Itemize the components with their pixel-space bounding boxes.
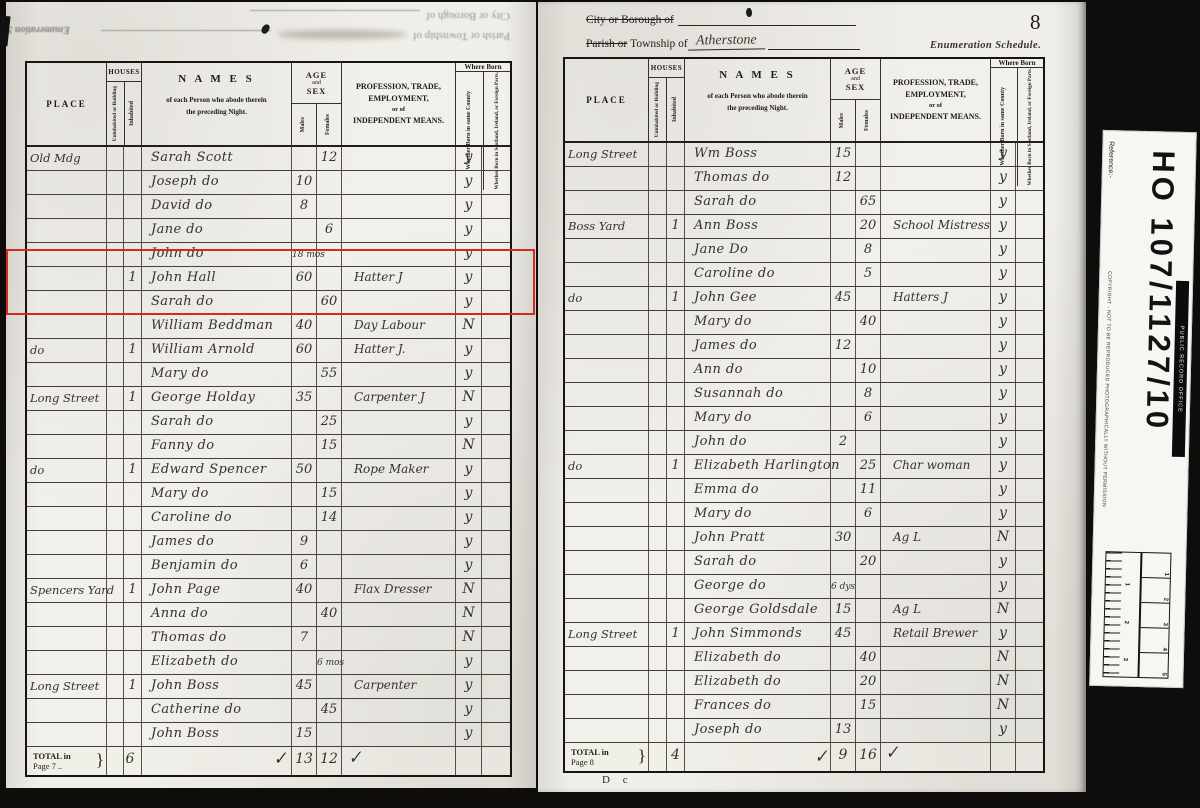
census-page-right: City or Borough of Parish or Township of…: [538, 2, 1086, 792]
cell-inhabited: [667, 575, 685, 598]
cell-inhabited: [667, 671, 685, 694]
cell-place: [27, 435, 107, 458]
cell-born-county: y: [456, 363, 482, 386]
cell-profession: [881, 311, 991, 334]
cell-age-male: [292, 411, 317, 434]
cell-born-elsewhere: [482, 315, 510, 338]
cell-name: Mary do: [685, 503, 831, 526]
cell-age-female: 65: [856, 191, 881, 214]
cell-born-elsewhere: [482, 603, 510, 626]
cell-age-male: 15: [831, 143, 856, 166]
cell-born-elsewhere: [1016, 719, 1043, 742]
age-subcolumns: Males Females: [292, 104, 341, 145]
cell-age-male: 35: [292, 387, 317, 410]
cell-name: George Holday: [142, 387, 292, 410]
cell-place: [565, 551, 649, 574]
cell-born-elsewhere: [482, 723, 510, 746]
cell-age-male: 45: [292, 675, 317, 698]
cell-place: [565, 671, 649, 694]
cell-age-female: 40: [317, 603, 342, 626]
cell-profession: [881, 551, 991, 574]
cell-age-female: [317, 723, 342, 746]
cell-born-county: y: [991, 407, 1016, 430]
cell-age-male: 10: [292, 171, 317, 194]
cell-name: John Boss: [142, 675, 292, 698]
cell-age-male: 6: [292, 555, 317, 578]
cell-inhabited: [124, 555, 142, 578]
cell-uninhabited: [649, 647, 667, 670]
cell-inhabited: [667, 479, 685, 502]
cell-inhabited: [667, 719, 685, 742]
cell-inhabited: [124, 699, 142, 722]
cell-name: Frances do: [685, 695, 831, 718]
cell-place: [565, 383, 649, 406]
census-row: Catherine do 45 y: [27, 699, 510, 723]
cell-profession: Ag L: [881, 527, 991, 550]
cell-profession: [342, 627, 456, 650]
cell-born-county: y: [991, 455, 1016, 478]
cell-place: do: [27, 459, 107, 482]
cell-born-elsewhere: [482, 435, 510, 458]
houses-subcolumns: Uninhabited or Building Inhabited: [107, 82, 141, 145]
cell-born-county: N: [991, 671, 1016, 694]
ghost-underline: [250, 10, 420, 11]
cell-age-female: [317, 315, 342, 338]
cell-name: Ann Boss: [685, 215, 831, 238]
cell-name: Ann do: [685, 359, 831, 382]
cell-name: Sarah do: [685, 551, 831, 574]
cell-name: Emma do: [685, 479, 831, 502]
cell-place: [565, 359, 649, 382]
inhabited-header-label: Inhabited: [129, 101, 137, 126]
cell-inhabited: 1: [667, 287, 685, 310]
cell-place: [27, 651, 107, 674]
cell-age-male: [292, 363, 317, 386]
census-row: Susannah do 8 y: [565, 383, 1043, 407]
prof-line1: PROFESSION, TRADE,: [893, 77, 978, 89]
cell-age-female: [856, 719, 881, 742]
uninhabited-header-label: Uninhabited or Building: [654, 82, 661, 137]
cell-profession: [342, 723, 456, 746]
houses-header-label: HOUSES: [107, 63, 141, 82]
left-rows: Old Mdg Sarah Scott 12 y Joseph do 10 y …: [27, 147, 510, 747]
highlight-rectangle: [6, 249, 535, 315]
cell-age-male: 9: [292, 531, 317, 554]
total-born2: [1016, 743, 1043, 771]
cell-born-county: y: [991, 479, 1016, 502]
cell-place: [27, 411, 107, 434]
age-sex-label: AGE and SEX: [831, 59, 880, 100]
cell-name: John do: [685, 431, 831, 454]
cell-profession: Hatter J.: [342, 339, 456, 362]
cell-name: Caroline do: [142, 507, 292, 530]
cell-place: [27, 531, 107, 554]
cell-profession: [881, 503, 991, 526]
census-row: Mary do 15 y: [27, 483, 510, 507]
census-row: Emma do 11 y: [565, 479, 1043, 503]
cell-born-county: N: [456, 387, 482, 410]
cell-born-elsewhere: [1016, 167, 1043, 190]
cell-born-elsewhere: [482, 459, 510, 482]
cell-name: Sarah do: [142, 411, 292, 434]
cell-age-female: 11: [856, 479, 881, 502]
ruler-cm-scale: 1 2 3: [1103, 552, 1142, 677]
cell-born-elsewhere: [482, 651, 510, 674]
cell-born-elsewhere: [482, 579, 510, 602]
names-header: N A M E S of each Person who abode there…: [142, 63, 291, 145]
cell-age-male: 2: [831, 431, 856, 454]
cell-uninhabited: [649, 455, 667, 478]
cell-age-female: [856, 167, 881, 190]
cell-name: Catherine do: [142, 699, 292, 722]
cell-inhabited: [124, 363, 142, 386]
cell-born-elsewhere: [482, 507, 510, 530]
ruler-inch-cell: 4: [1140, 628, 1169, 654]
cell-uninhabited: [107, 627, 124, 650]
sex-word: SEX: [846, 82, 866, 92]
total-prof-cell: ✓: [881, 743, 991, 771]
total-label: TOTAL in Page 8 }: [565, 743, 649, 771]
cell-place: do: [565, 455, 649, 478]
cell-born-county: N: [991, 527, 1016, 550]
census-row: Jane do 6 y: [27, 219, 510, 243]
cell-age-female: 20: [856, 671, 881, 694]
cell-age-male: [831, 239, 856, 262]
census-row: Fanny do 15 N: [27, 435, 510, 459]
cell-profession: [881, 335, 991, 358]
ghost-parish-line: Parish or Township of: [24, 30, 510, 50]
cell-uninhabited: [649, 527, 667, 550]
cell-born-elsewhere: [1016, 263, 1043, 286]
parish-underline: [768, 49, 860, 50]
cell-age-female: [317, 459, 342, 482]
total-females: 16: [856, 743, 881, 771]
census-table-right: PLACE HOUSES Uninhabited or Building Inh…: [563, 57, 1045, 773]
cell-born-county: y: [991, 359, 1016, 382]
cell-profession: [342, 219, 456, 242]
cell-profession: [881, 407, 991, 430]
census-row: Mary do 6 y: [565, 407, 1043, 431]
cell-born-county: y: [456, 675, 482, 698]
names-header: N A M E S of each Person who abode there…: [685, 59, 830, 141]
census-row: Joseph do 13 y: [565, 719, 1043, 743]
census-row: Long Street Wm Boss 15 y: [565, 143, 1043, 167]
cell-name: James do: [142, 531, 292, 554]
cell-name: Sarah do: [685, 191, 831, 214]
total-males: 9: [831, 743, 856, 771]
cell-name: William Arnold: [142, 339, 292, 362]
cell-place: [565, 503, 649, 526]
cell-age-female: [317, 675, 342, 698]
cell-inhabited: [124, 507, 142, 530]
table-header: PLACE HOUSES Uninhabited or Building Inh…: [565, 59, 1043, 143]
cell-name: Edward Spencer: [142, 459, 292, 482]
cell-born-elsewhere: [482, 147, 510, 170]
ruler-inch-number: 3: [1162, 622, 1168, 625]
cell-place: [565, 167, 649, 190]
cell-born-county: N: [456, 603, 482, 626]
parish-value-handwriting: Atherstone: [688, 32, 765, 50]
cell-uninhabited: [107, 435, 124, 458]
cell-age-female: 15: [856, 695, 881, 718]
cell-age-female: 20: [856, 551, 881, 574]
cell-name: John Boss: [142, 723, 292, 746]
ruler-inch-cell: 3: [1141, 603, 1170, 629]
cell-place: do: [27, 339, 107, 362]
ghost-city-label: City or Borough of: [426, 10, 510, 22]
cell-born-county: y: [991, 551, 1016, 574]
cell-age-female: 25: [317, 411, 342, 434]
cell-inhabited: [667, 311, 685, 334]
header-houses: HOUSES Uninhabited or Building Inhabited: [107, 63, 142, 145]
census-row: Mary do 6 y: [565, 503, 1043, 527]
cell-place: [565, 599, 649, 622]
cell-born-elsewhere: [1016, 695, 1043, 718]
cell-inhabited: [667, 599, 685, 622]
census-row: Caroline do 5 y: [565, 263, 1043, 287]
cell-place: Boss Yard: [565, 215, 649, 238]
cell-profession: [342, 699, 456, 722]
census-row: Boss Yard 1 Ann Boss 20 School Mistress …: [565, 215, 1043, 239]
ghost-parish-label: Parish or Township of: [413, 30, 510, 42]
cell-name: Fanny do: [142, 435, 292, 458]
header-names: N A M E S of each Person who abode there…: [685, 59, 831, 141]
cell-place: Long Street: [565, 623, 649, 646]
cell-uninhabited: [107, 603, 124, 626]
cell-born-elsewhere: [482, 171, 510, 194]
age-word: AGE: [845, 66, 866, 76]
total-born1: [456, 747, 482, 775]
names-sub1: of each Person who abode therein: [707, 92, 807, 100]
cell-uninhabited: [649, 263, 667, 286]
cell-profession: Rope Maker: [342, 459, 456, 482]
cell-inhabited: [124, 195, 142, 218]
cell-inhabited: [667, 407, 685, 430]
names-title: N A M E S: [719, 69, 796, 81]
total-check: ✓: [347, 747, 364, 769]
parish-struck-label: Parish or: [586, 38, 627, 50]
cell-age-male: [831, 551, 856, 574]
cell-place: [565, 719, 649, 742]
cell-place: [565, 335, 649, 358]
census-row: David do 8 y: [27, 195, 510, 219]
header-profession: PROFESSION, TRADE, EMPLOYMENT, or of IND…: [881, 59, 991, 141]
census-row: Benjamin do 6 y: [27, 555, 510, 579]
cell-uninhabited: [107, 675, 124, 698]
reference-small-label: Reference:-: [1105, 141, 1114, 231]
cell-uninhabited: [649, 383, 667, 406]
cell-profession: [881, 191, 991, 214]
names-sub1: of each Person who abode therein: [166, 96, 266, 104]
cell-age-female: [317, 387, 342, 410]
cell-age-female: 8: [856, 239, 881, 262]
cell-born-county: N: [456, 435, 482, 458]
cell-born-elsewhere: [1016, 503, 1043, 526]
cell-inhabited: [124, 483, 142, 506]
label-ruler: 1 2 3 1 2 3 4 5: [1102, 551, 1171, 679]
cell-profession: [342, 555, 456, 578]
names-title: N A M E S: [178, 73, 255, 85]
cell-born-county: y: [991, 287, 1016, 310]
cell-born-county: y: [991, 263, 1016, 286]
census-row: George Goldsdale 15 Ag L N: [565, 599, 1043, 623]
township-label: Township of: [630, 38, 688, 50]
cell-uninhabited: [649, 695, 667, 718]
prof-line2: EMPLOYMENT,: [905, 89, 966, 101]
census-row: Spencers Yard 1 John Page 40 Flax Dresse…: [27, 579, 510, 603]
cell-profession: [881, 719, 991, 742]
ruler-inch-cell: 2: [1141, 578, 1170, 604]
cell-age-male: [292, 147, 317, 170]
census-row: Thomas do 12 y: [565, 167, 1043, 191]
cell-name: Jane do: [142, 219, 292, 242]
census-table-left: PLACE HOUSES Uninhabited or Building Inh…: [25, 61, 512, 777]
cell-inhabited: [667, 695, 685, 718]
cell-age-male: [831, 479, 856, 502]
cell-born-county: y: [991, 383, 1016, 406]
cell-place: [27, 363, 107, 386]
cell-age-male: 45: [831, 287, 856, 310]
profession-header: PROFESSION, TRADE, EMPLOYMENT, or of IND…: [342, 63, 455, 145]
cell-born-elsewhere: [1016, 551, 1043, 574]
cell-uninhabited: [649, 479, 667, 502]
cell-uninhabited: [649, 719, 667, 742]
cell-place: [565, 479, 649, 502]
cell-name: Wm Boss: [685, 143, 831, 166]
total-flourish: ✓: [812, 746, 829, 768]
cell-born-county: y: [456, 411, 482, 434]
cell-born-county: y: [991, 503, 1016, 526]
cell-name: Thomas do: [685, 167, 831, 190]
cell-uninhabited: [107, 723, 124, 746]
cell-born-county: y: [456, 531, 482, 554]
census-row: do 1 Elizabeth Harlington 25 Char woman …: [565, 455, 1043, 479]
total-houses: 6: [119, 747, 142, 775]
cell-born-county: y: [456, 555, 482, 578]
cell-born-county: N: [991, 695, 1016, 718]
cell-age-female: [317, 339, 342, 362]
cell-inhabited: 1: [124, 459, 142, 482]
cell-profession: [881, 671, 991, 694]
cell-uninhabited: [107, 363, 124, 386]
cell-born-elsewhere: [482, 363, 510, 386]
cell-name: Mary do: [685, 311, 831, 334]
cell-born-county: y: [991, 239, 1016, 262]
prof-line1: PROFESSION, TRADE,: [356, 81, 441, 93]
total-names-cell: ✓: [142, 747, 292, 775]
census-row: do 1 Edward Spencer 50 Rope Maker y: [27, 459, 510, 483]
cell-place: [27, 603, 107, 626]
census-row: do 1 William Arnold 60 Hatter J. y: [27, 339, 510, 363]
cell-inhabited: [667, 167, 685, 190]
cell-profession: [881, 143, 991, 166]
cell-profession: [881, 239, 991, 262]
cell-name: Benjamin do: [142, 555, 292, 578]
cell-age-female: [856, 599, 881, 622]
total-born2: [482, 747, 510, 775]
total-flourish: ✓: [271, 748, 288, 770]
cell-age-female: 6 mos: [317, 651, 342, 674]
cell-uninhabited: [649, 671, 667, 694]
cell-uninhabited: [649, 167, 667, 190]
prof-line4: INDEPENDENT MEANS.: [353, 115, 444, 127]
houses-subcolumns: Uninhabited or Building Inhabited: [649, 78, 684, 141]
cell-uninhabited: [107, 147, 124, 170]
cell-age-female: [317, 627, 342, 650]
cell-place: Old Mdg: [27, 147, 107, 170]
cell-age-female: 14: [317, 507, 342, 530]
cell-age-female: 40: [856, 647, 881, 670]
cell-born-elsewhere: [482, 411, 510, 434]
cell-age-male: [831, 191, 856, 214]
cell-place: Long Street: [565, 143, 649, 166]
header-where-born: Where Born Whether Born in same County W…: [456, 63, 510, 145]
cell-inhabited: 1: [124, 675, 142, 698]
cell-profession: Carpenter: [342, 675, 456, 698]
cell-uninhabited: [107, 579, 124, 602]
cell-born-elsewhere: [1016, 215, 1043, 238]
cell-born-county: y: [991, 143, 1016, 166]
cell-place: [565, 431, 649, 454]
cell-inhabited: [667, 143, 685, 166]
cell-age-female: 20: [856, 215, 881, 238]
census-row: Long Street 1 George Holday 35 Carpenter…: [27, 387, 510, 411]
cell-age-female: [856, 143, 881, 166]
cell-age-male: [831, 671, 856, 694]
ruler-inch-cell: 1: [1142, 553, 1171, 579]
total-males: 13: [292, 747, 317, 775]
cell-age-female: [856, 623, 881, 646]
place-header-label: PLACE: [565, 59, 648, 141]
cell-age-male: 60: [292, 339, 317, 362]
footer-mark: D c: [602, 774, 633, 786]
cell-name: Sarah Scott: [142, 147, 292, 170]
cell-inhabited: [124, 723, 142, 746]
header-names: N A M E S of each Person who abode there…: [142, 63, 292, 145]
total-born1: [991, 743, 1016, 771]
census-row: Caroline do 14 y: [27, 507, 510, 531]
cell-name: John Pratt: [685, 527, 831, 550]
cell-profession: [342, 147, 456, 170]
cell-born-elsewhere: [1016, 455, 1043, 478]
cell-name: Elizabeth do: [685, 671, 831, 694]
cell-name: George Goldsdale: [685, 599, 831, 622]
cell-place: [565, 239, 649, 262]
cell-born-county: y: [456, 651, 482, 674]
cell-age-female: [856, 287, 881, 310]
cell-born-county: y: [991, 191, 1016, 214]
prof-line3: or of: [929, 101, 942, 111]
cell-inhabited: [124, 627, 142, 650]
cell-uninhabited: [107, 315, 124, 338]
cell-inhabited: [667, 647, 685, 670]
females-header-label: Females: [325, 114, 333, 135]
right-rows: Long Street Wm Boss 15 y Thomas do 12 y …: [565, 143, 1043, 743]
cell-age-female: [317, 195, 342, 218]
cell-profession: [881, 431, 991, 454]
ruler-inch-scale: 1 2 3 4 5: [1139, 553, 1170, 678]
total-uninhabited: [649, 743, 667, 771]
cell-born-elsewhere: [1016, 383, 1043, 406]
cell-born-elsewhere: [1016, 335, 1043, 358]
cell-profession: Retail Brewer: [881, 623, 991, 646]
cell-born-elsewhere: [482, 675, 510, 698]
cell-name: Susannah do: [685, 383, 831, 406]
cell-born-elsewhere: [482, 219, 510, 242]
cell-born-elsewhere: [482, 387, 510, 410]
cell-uninhabited: [107, 651, 124, 674]
prof-line3: or of: [392, 105, 405, 115]
